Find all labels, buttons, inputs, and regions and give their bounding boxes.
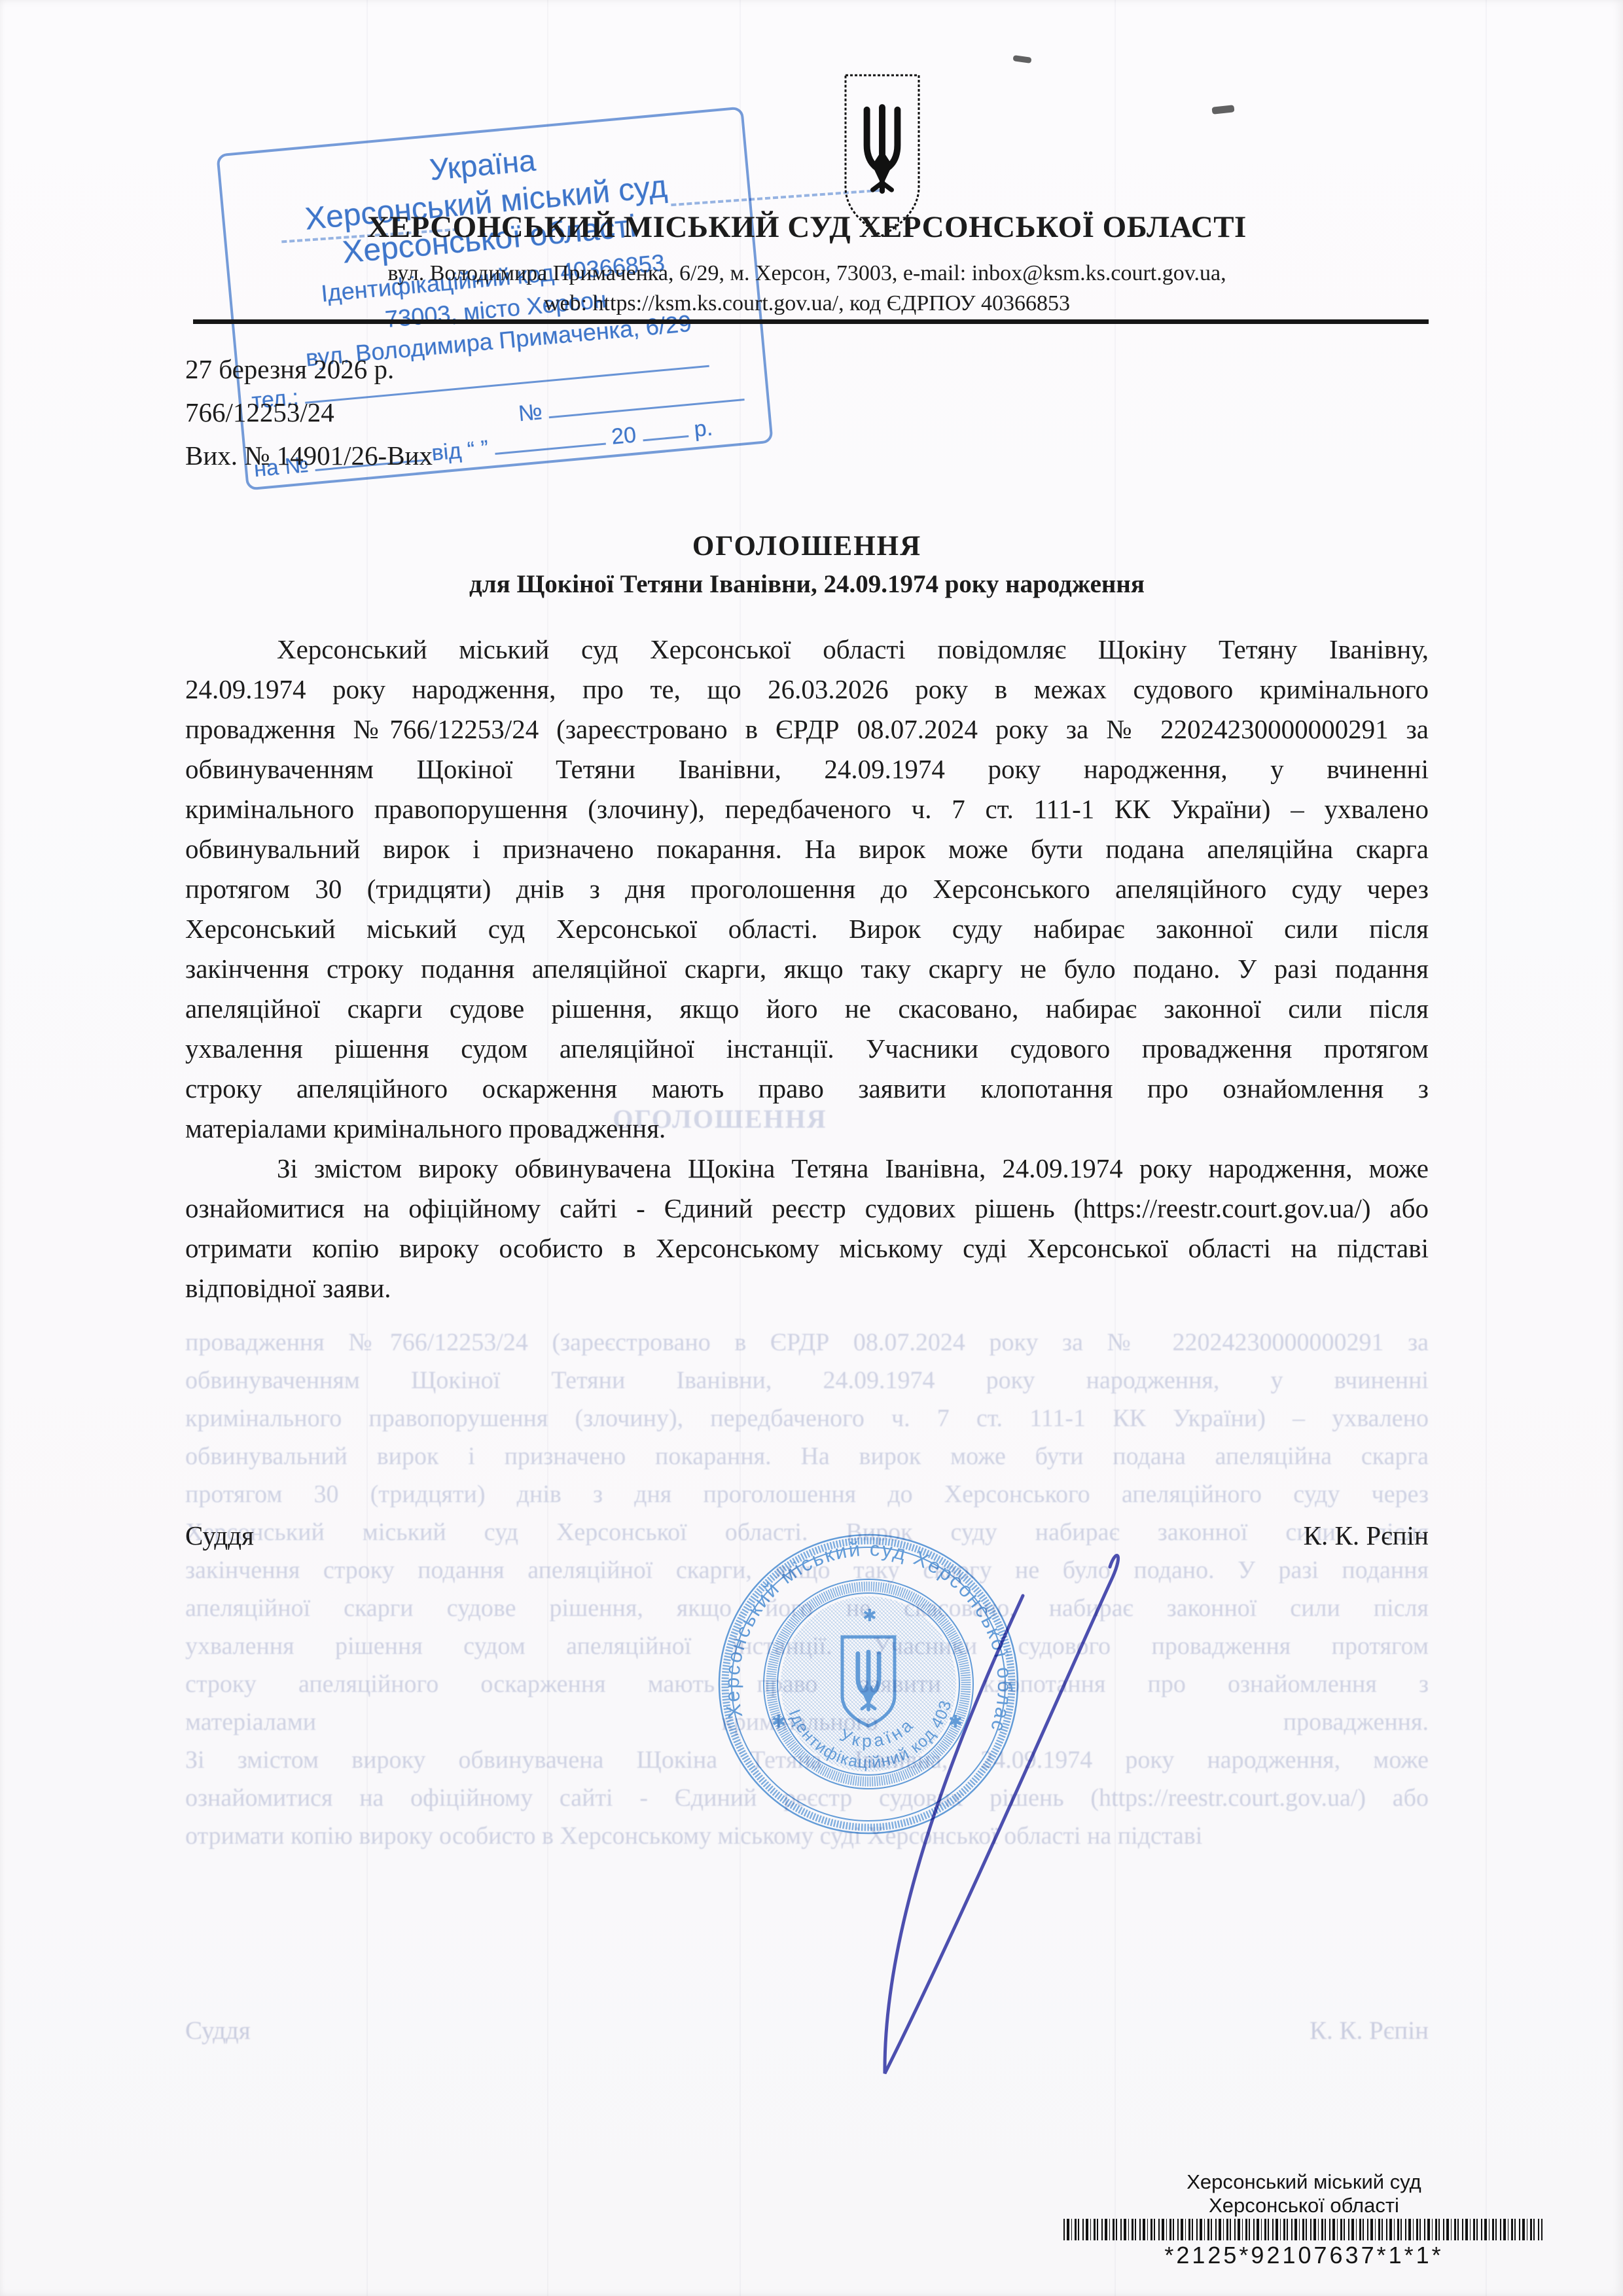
ghost-line: протягом 30 (тридцяти) днів з дня прогол… <box>185 1475 1429 1513</box>
scan-streak <box>1486 0 1487 2296</box>
paragraph-line: строку апеляційного оскарження мають пра… <box>185 1069 1429 1109</box>
paragraph-line: провадження №766/12253/24 (зареєстровано… <box>185 709 1429 749</box>
case-number: 766/12253/24 <box>185 397 334 428</box>
paragraph-line: Херсонський міський суд Херсонської обла… <box>185 630 1429 670</box>
footer-court-line1: Херсонський міський суд <box>1060 2170 1548 2194</box>
stamp-blank-line <box>494 434 606 455</box>
court-address-line: вул. Володимира Примаченка, 6/29, м. Хер… <box>185 261 1429 286</box>
paragraph-line: ознайомитися на офіційному сайті - Єдини… <box>185 1189 1429 1229</box>
ghost-judge-label: Суддя <box>185 2017 251 2045</box>
letter-date: 27 березня 2026 р. <box>185 353 394 385</box>
outgoing-number: Вих. № 14901/26-Вих <box>185 440 433 471</box>
stamp-no-label: № <box>517 399 543 426</box>
court-name-heading: ХЕРСОНСЬКИЙ МІСЬКИЙ СУД ХЕРСОНСЬКОЇ ОБЛА… <box>185 209 1429 245</box>
paragraph-line: обвинувальний вирок і призначено покаран… <box>185 829 1429 869</box>
court-web-line: web: https://ksm.ks.court.gov.ua/, код Є… <box>185 291 1429 316</box>
announcement-title: ОГОЛОШЕННЯ <box>185 530 1429 562</box>
paragraph-line: ухвалення рішення судом апеляційної інст… <box>185 1029 1429 1069</box>
paragraph-line: отримати копію вироку особисто в Херсонс… <box>185 1229 1429 1268</box>
paragraph-line: обвинуваченням Щокіної Тетяни Іванівни, … <box>185 749 1429 789</box>
paragraph-line: 24.09.1974 року народження, про те, що 2… <box>185 670 1429 709</box>
stamp-quotes: “ ” <box>467 436 490 463</box>
stamp-blank-line <box>642 426 688 441</box>
paragraph-line: протягом 30 (тридцяти) днів з дня прогол… <box>185 869 1429 909</box>
ghost-line: обвинуваченням Щокіної Тетяни Іванівни, … <box>185 1361 1429 1399</box>
footer-court-line2: Херсонської області <box>1060 2194 1548 2217</box>
announcement-paragraph-2: Зі змістом вироку обвинувачена Щокіна Те… <box>185 1149 1429 1308</box>
stamp-r-label: р. <box>693 416 714 442</box>
ink-speck <box>1212 105 1235 114</box>
ink-speck <box>1013 55 1032 63</box>
paragraph-line: апеляційної скарги судове рішення, якщо … <box>185 989 1429 1029</box>
stamp-vid-label: від <box>431 439 463 466</box>
paragraph-line: закінчення строку подання апеляційної ск… <box>185 949 1429 989</box>
stamp-year-label: 20 <box>611 422 637 449</box>
paragraph-line: Херсонський міський суд Херсонської обла… <box>185 909 1429 949</box>
barcode-text: *2125*92107637*1*1* <box>1060 2242 1548 2269</box>
paragraph-line: кримінального правопорушення (злочину), … <box>185 789 1429 829</box>
ghost-judge-name: К. К. Рєпін <box>1310 2016 1429 2045</box>
announcement-paragraph-1: Херсонський міський суд Херсонської обла… <box>185 630 1429 1149</box>
announcement-subtitle: для Щокіної Тетяни Іванівни, 24.09.1974 … <box>185 569 1429 599</box>
ghost-line: обвинувальний вирок і призначено покаран… <box>185 1437 1429 1475</box>
scanned-court-letter: Україна Херсонський міський суд Херсонсь… <box>0 0 1623 2296</box>
ghost-line: провадження №766/12253/24 (зареєстровано… <box>185 1323 1429 1361</box>
header-divider <box>193 319 1429 324</box>
document-barcode <box>1063 2219 1543 2240</box>
stamp-blank-line <box>548 389 744 418</box>
judge-pen-signature <box>687 1518 1171 2108</box>
paragraph-line: Зі змістом вироку обвинувачена Щокіна Те… <box>185 1149 1429 1189</box>
ghost-announcement-title: ОГОЛОШЕННЯ <box>563 1103 877 1134</box>
ghost-line: кримінального правопорушення (злочину), … <box>185 1399 1429 1437</box>
paragraph-line: відповідної заяви. <box>185 1268 1429 1308</box>
